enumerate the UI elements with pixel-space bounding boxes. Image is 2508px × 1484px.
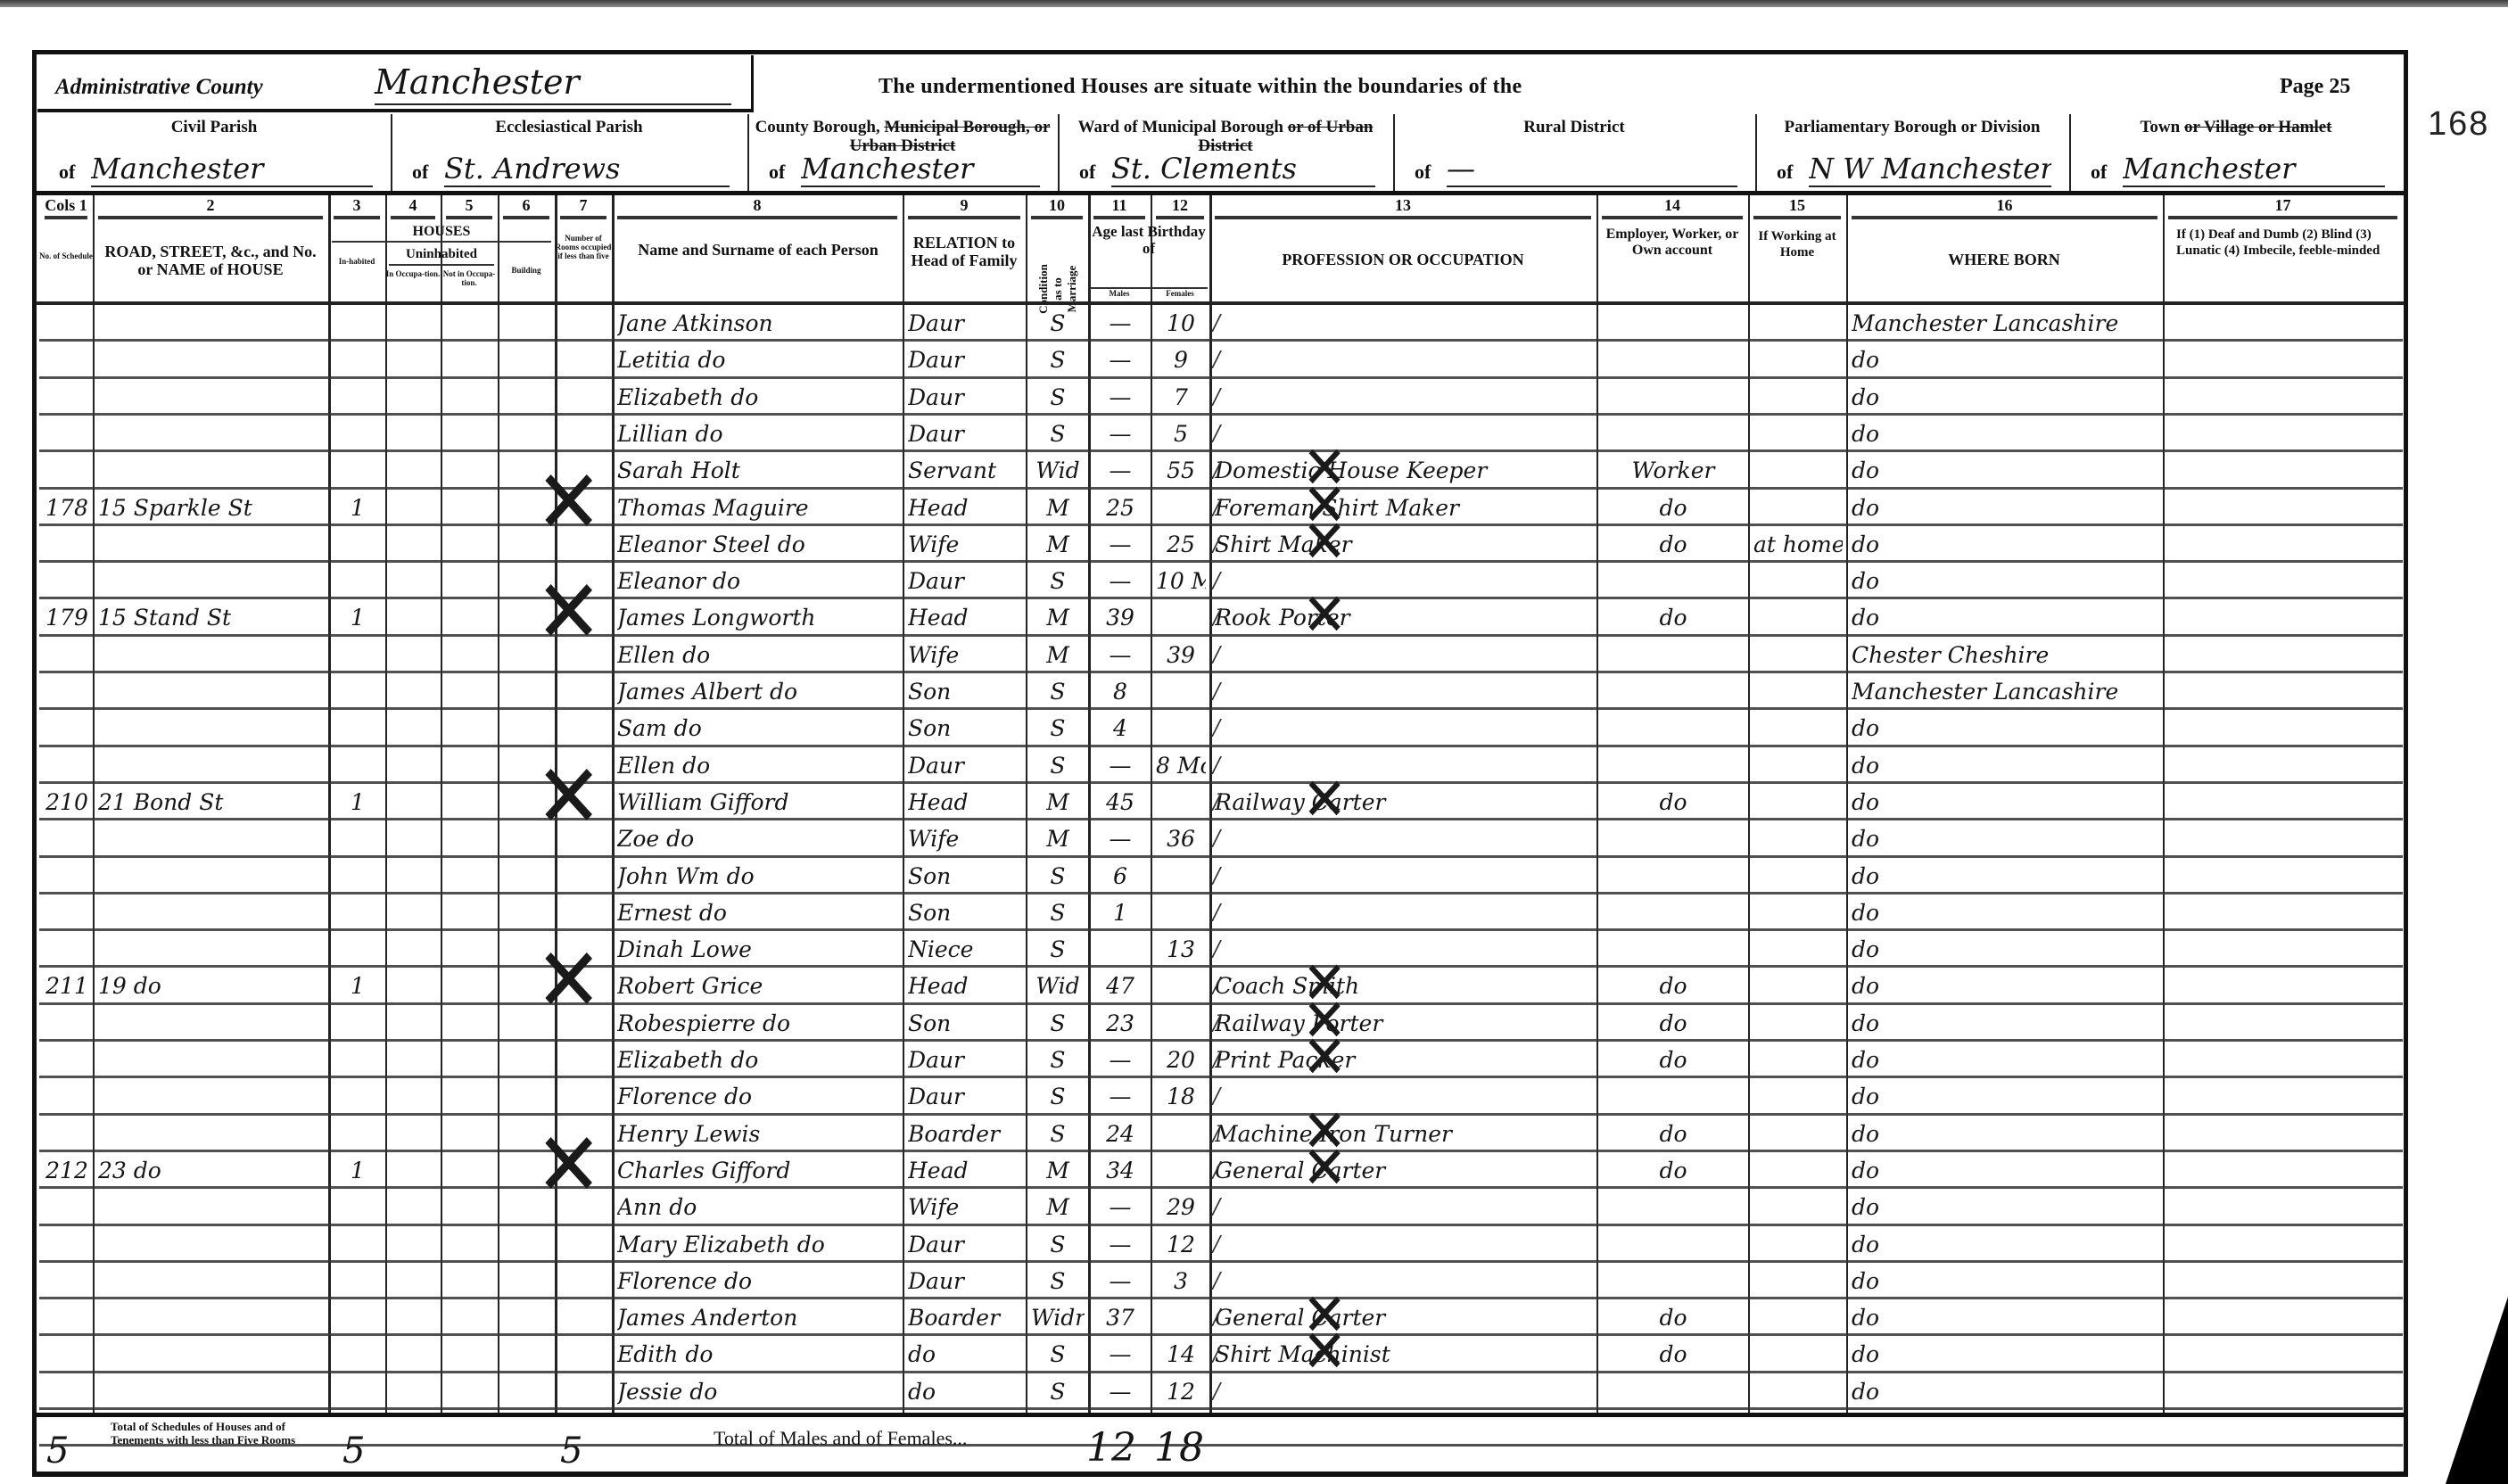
tally-tick: /: [1213, 1158, 1220, 1183]
working-at-home: at home: [1753, 532, 1843, 557]
relation-to-head: Head: [908, 1158, 1022, 1183]
person-name: Sarah Holt: [617, 458, 899, 483]
female-age: 9: [1156, 347, 1206, 373]
male-age: 4: [1093, 715, 1147, 741]
column-heading-rooms: Number of Rooms occupied if less than fi…: [555, 234, 612, 260]
marital-condition: M: [1031, 495, 1085, 521]
header-section: Ecclesiastical Parish ofSt. Andrews: [391, 111, 747, 193]
relation-to-head: Wife: [908, 532, 1022, 557]
address: 19 do: [98, 973, 325, 999]
tally-tick: /: [1213, 936, 1220, 961]
female-age: 13: [1156, 936, 1206, 962]
tally-tick: /: [1213, 1084, 1220, 1109]
section-divider: [391, 114, 392, 191]
totals-rooms: 5: [560, 1430, 582, 1472]
male-age: —: [1093, 384, 1147, 410]
cross-mark-icon: ✕: [1302, 1139, 1347, 1198]
tally-tick: /: [1213, 826, 1220, 851]
column-number-rule: [1852, 216, 2157, 219]
cross-mark-icon: ✕: [1302, 1323, 1347, 1381]
person-name: Ellen do: [617, 642, 899, 668]
header-divider: [36, 191, 2405, 195]
male-age: —: [1093, 753, 1147, 779]
person-name: Elizabeth do: [617, 384, 899, 410]
person-name: James Anderton: [617, 1305, 899, 1331]
column-heading-road-street: ROAD, STREET, &c., and No. or NAME of HO…: [98, 243, 323, 278]
occupation: Machine Iron Turner: [1215, 1121, 1593, 1147]
marital-condition: S: [1031, 1047, 1085, 1073]
section-divider: [1393, 114, 1395, 191]
marital-condition: M: [1031, 642, 1085, 668]
column-heading-schedule-no: No. of Schedule: [39, 251, 93, 260]
tally-tick: /: [1213, 753, 1220, 778]
employment-status: do: [1602, 1047, 1745, 1073]
column-number: 17: [2163, 196, 2403, 215]
person-name: Robert Grice: [617, 973, 899, 999]
person-name: James Albert do: [617, 679, 899, 705]
section-of-label: of: [412, 161, 428, 184]
marital-condition: S: [1031, 936, 1085, 962]
column-heading-working-home: If Working at Home: [1752, 228, 1843, 260]
column-number-rule: [1031, 216, 1083, 219]
where-born: do: [1852, 826, 2159, 852]
employment-status: do: [1602, 1158, 1745, 1183]
column-heading-inhabited: In-habited: [328, 257, 385, 266]
column-number: 3: [328, 196, 385, 215]
person-name: Robespierre do: [617, 1010, 899, 1036]
address: 15 Stand St: [98, 605, 325, 631]
tally-tick: /: [1213, 1047, 1220, 1072]
relation-to-head: Daur: [908, 384, 1022, 410]
relation-to-head: Head: [908, 605, 1022, 631]
cross-mark-icon: ✕: [1302, 771, 1347, 829]
male-age: 37: [1093, 1305, 1147, 1331]
occupation: Railway Porter: [1215, 1010, 1593, 1036]
person-name: Eleanor Steel do: [617, 532, 899, 557]
totals-males-females-label: Total of Males and of Females...: [714, 1427, 967, 1450]
where-born: do: [1852, 1305, 2159, 1331]
male-age: —: [1093, 458, 1147, 483]
tally-tick: /: [1213, 863, 1220, 888]
relation-to-head: Daur: [908, 347, 1022, 373]
section-caption-text: Town: [2141, 118, 2181, 136]
where-born: do: [1852, 421, 2159, 447]
occupation: Rook Porter: [1215, 605, 1593, 631]
occupation: Print Packer: [1215, 1047, 1593, 1073]
relation-to-head: Daur: [908, 1268, 1022, 1294]
male-age: 25: [1093, 495, 1147, 521]
female-age: 20: [1156, 1047, 1206, 1073]
column-number: 2: [93, 196, 328, 215]
header-section: Civil Parish ofManchester: [37, 111, 391, 193]
relation-to-head: Son: [908, 679, 1022, 705]
totals-schedules: 5: [46, 1430, 69, 1472]
male-age: —: [1093, 532, 1147, 557]
where-born: Manchester Lancashire: [1852, 679, 2159, 705]
column-heading-females: Females: [1151, 289, 1209, 298]
marital-condition: S: [1031, 1010, 1085, 1036]
where-born: do: [1852, 347, 2159, 373]
marital-condition: S: [1031, 347, 1085, 373]
female-age: 7: [1156, 384, 1206, 410]
male-age: 6: [1093, 863, 1147, 889]
person-name: Zoe do: [617, 826, 899, 852]
tally-tick: /: [1213, 1232, 1220, 1257]
cross-mark-icon: ✕: [1302, 586, 1347, 645]
where-born: do: [1852, 1010, 2159, 1036]
marital-condition: Wid: [1031, 973, 1085, 999]
occupation: General Carter: [1215, 1305, 1593, 1331]
where-born: do: [1852, 568, 2159, 594]
tally-tick: /: [1213, 495, 1220, 520]
section-of-label: of: [2091, 161, 2107, 184]
where-born: do: [1852, 1084, 2159, 1109]
section-divider: [1755, 114, 1757, 191]
marital-condition: M: [1031, 789, 1085, 815]
section-value: N W Manchester: [1809, 152, 2051, 187]
column-number: 16: [1846, 196, 2163, 215]
where-born: Chester Cheshire: [1852, 642, 2159, 668]
male-age: 1: [1093, 900, 1147, 926]
section-divider: [747, 114, 749, 191]
where-born: do: [1852, 1232, 2159, 1257]
where-born: do: [1852, 605, 2159, 631]
marital-condition: M: [1031, 605, 1085, 631]
male-age: —: [1093, 642, 1147, 668]
person-name: Ernest do: [617, 900, 899, 926]
cross-mark-icon: ✕: [535, 569, 602, 657]
person-name: Edith do: [617, 1341, 899, 1367]
tally-tick: /: [1213, 421, 1220, 446]
sheet-number: 168: [2428, 105, 2489, 144]
column-number-rule: [45, 216, 87, 219]
marital-condition: S: [1031, 310, 1085, 336]
marital-condition: S: [1031, 1084, 1085, 1109]
relation-to-head: Son: [908, 1010, 1022, 1036]
male-age: —: [1093, 826, 1147, 852]
tally-tick: /: [1213, 1305, 1220, 1330]
schedule-number: 212: [45, 1158, 89, 1183]
section-caption-text: Ward of Municipal Borough: [1078, 118, 1283, 136]
person-name: Dinah Lowe: [617, 936, 899, 962]
person-name: Charles Gifford: [617, 1158, 899, 1183]
where-born: do: [1852, 458, 2159, 483]
column-number-rule: [391, 216, 435, 219]
where-born: do: [1852, 1194, 2159, 1220]
marital-condition: S: [1031, 715, 1085, 741]
column-heading-uninhabited-group: Uninhabited: [385, 246, 498, 263]
tally-tick: /: [1213, 1341, 1220, 1366]
totals-divider: [36, 1413, 2405, 1417]
column-number: 8: [612, 196, 903, 215]
column-number-rule: [1215, 216, 1591, 219]
inhabited-count: 1: [334, 1158, 382, 1183]
column-heading-not-in-occupation: Not in Occupa-tion.: [441, 269, 498, 287]
where-born: do: [1852, 495, 2159, 521]
male-age: 34: [1093, 1158, 1147, 1183]
tally-tick: /: [1213, 1268, 1220, 1293]
scan-edge: [0, 0, 2508, 7]
inhabited-count: 1: [334, 789, 382, 815]
male-age: —: [1093, 1084, 1147, 1109]
relation-to-head: Son: [908, 900, 1022, 926]
relation-to-head: Daur: [908, 568, 1022, 594]
marital-condition: S: [1031, 753, 1085, 779]
relation-to-head: Head: [908, 973, 1022, 999]
marital-condition: S: [1031, 1379, 1085, 1405]
tally-tick: /: [1213, 532, 1220, 556]
section-value: Manchester: [801, 152, 1040, 187]
column-number: 5: [441, 196, 498, 215]
person-name: Florence do: [617, 1084, 899, 1109]
relation-to-head: Wife: [908, 826, 1022, 852]
schedule-number: 211: [45, 973, 89, 999]
female-age: 12: [1156, 1379, 1206, 1405]
male-age: 47: [1093, 973, 1147, 999]
employment-status: do: [1602, 495, 1745, 521]
tally-tick: /: [1213, 384, 1220, 409]
column-number: 11: [1088, 196, 1151, 215]
person-name: Henry Lewis: [617, 1121, 899, 1147]
relation-to-head: Daur: [908, 753, 1022, 779]
tally-tick: /: [1213, 310, 1220, 335]
relation-to-head: Boarder: [908, 1121, 1022, 1147]
relation-to-head: Daur: [908, 310, 1022, 336]
male-age: —: [1093, 347, 1147, 373]
person-name: Elizabeth do: [617, 1047, 899, 1073]
person-name: Thomas Maguire: [617, 495, 899, 521]
female-age: 12: [1156, 1232, 1206, 1257]
female-age: 39: [1156, 642, 1206, 668]
section-value: St. Clements: [1111, 152, 1375, 187]
person-name: Sam do: [617, 715, 899, 741]
female-age: 14: [1156, 1341, 1206, 1367]
tally-tick: /: [1213, 605, 1220, 630]
where-born: do: [1852, 1341, 2159, 1367]
where-born: do: [1852, 863, 2159, 889]
female-age: 10 Mo: [1156, 568, 1206, 594]
section-divider: [2069, 114, 2071, 191]
address: 21 Bond St: [98, 789, 325, 815]
column-number: 4: [385, 196, 441, 215]
relation-to-head: Servant: [908, 458, 1022, 483]
column-number: Cols 1: [39, 196, 93, 215]
person-name: Ellen do: [617, 753, 899, 779]
employment-status: do: [1602, 532, 1745, 557]
male-age: —: [1093, 568, 1147, 594]
marital-condition: S: [1031, 900, 1085, 926]
occupation: Coach Smith: [1215, 973, 1593, 999]
occupation: Foreman Shirt Maker: [1215, 495, 1593, 521]
relation-to-head: Son: [908, 715, 1022, 741]
section-caption-text: County Borough,: [755, 118, 880, 136]
marital-condition: S: [1031, 384, 1085, 410]
male-age: 8: [1093, 679, 1147, 705]
inhabited-count: 1: [334, 605, 382, 631]
occupation: Railway Carter: [1215, 789, 1593, 815]
cross-mark-icon: ✕: [535, 458, 602, 547]
male-age: —: [1093, 421, 1147, 447]
section-caption: Ward of Municipal Borough or of Urban Di…: [1058, 118, 1393, 155]
column-number-rule: [1156, 216, 1204, 219]
section-value: —: [1447, 152, 1737, 187]
column-heading-occupation: PROFESSION OR OCCUPATION: [1213, 251, 1593, 268]
male-age: —: [1093, 1268, 1147, 1294]
tally-tick: /: [1213, 1121, 1220, 1146]
marital-condition: M: [1031, 1194, 1085, 1220]
marital-condition: M: [1031, 826, 1085, 852]
column-number-rule: [908, 216, 1020, 219]
male-age: —: [1093, 1047, 1147, 1073]
relation-to-head: do: [908, 1379, 1022, 1405]
where-born: do: [1852, 532, 2159, 557]
column-heading-employment: Employer, Worker, or Own account: [1600, 227, 1745, 259]
column-heading-age-group: Age last Birthday of: [1088, 223, 1209, 257]
header-section: Town or Village or HamletofManchester: [2069, 111, 2403, 193]
relation-to-head: Daur: [908, 1232, 1022, 1257]
relation-to-head: Daur: [908, 421, 1022, 447]
section-of-label: of: [59, 161, 75, 184]
column-number-rule: [2168, 216, 2397, 219]
column-number-rule: [334, 216, 380, 219]
column-number: 7: [555, 196, 612, 215]
column-heading-name: Name and Surname of each Person: [624, 241, 892, 259]
schedule-number: 178: [45, 495, 89, 521]
column-number-rule: [1753, 216, 1841, 219]
uninhabited-rule: [389, 264, 494, 266]
cross-mark-icon: ✕: [535, 937, 602, 1026]
section-caption-struck: Municipal Borough, or Urban District: [850, 118, 1051, 155]
section-caption: Ecclesiastical Parish: [391, 118, 747, 136]
tally-tick: /: [1213, 1194, 1220, 1219]
cross-mark-icon: ✕: [535, 1121, 602, 1209]
intro-text: The undermentioned Houses are situate wi…: [879, 75, 1522, 99]
tally-tick: /: [1213, 973, 1220, 998]
person-name: Mary Elizabeth do: [617, 1232, 899, 1257]
column-number: 10: [1026, 196, 1088, 215]
occupation: General Carter: [1215, 1158, 1593, 1183]
column-number-rule: [503, 216, 549, 219]
where-born: do: [1852, 973, 2159, 999]
employment-status: do: [1602, 789, 1745, 815]
male-age: —: [1093, 310, 1147, 336]
section-of-label: of: [769, 161, 785, 184]
male-age: —: [1093, 1232, 1147, 1257]
totals-label: Total of Schedules of Houses and of Tene…: [111, 1420, 298, 1447]
marital-condition: Widr: [1031, 1305, 1085, 1331]
scan-corner: [2446, 1297, 2508, 1484]
tally-tick: /: [1213, 679, 1220, 704]
column-heading-where-born: WHERE BORN: [1850, 251, 2158, 268]
section-of-label: of: [1415, 161, 1431, 184]
relation-to-head: Head: [908, 789, 1022, 815]
male-age: 45: [1093, 789, 1147, 815]
marital-condition: Wid: [1031, 458, 1085, 483]
person-name: Jessie do: [617, 1379, 899, 1405]
cross-mark-icon: ✕: [535, 753, 602, 841]
relation-to-head: Son: [908, 863, 1022, 889]
employment-status: do: [1602, 1341, 1745, 1367]
female-age: 10: [1156, 310, 1206, 336]
marital-condition: S: [1031, 1121, 1085, 1147]
column-number: 9: [903, 196, 1026, 215]
tally-tick: /: [1213, 347, 1220, 372]
header-section: Ward of Municipal Borough or of Urban Di…: [1058, 111, 1393, 193]
relation-to-head: Head: [908, 495, 1022, 521]
where-born: Manchester Lancashire: [1852, 310, 2159, 336]
column-number: 13: [1209, 196, 1596, 215]
administrative-county-label: Administrative County: [55, 75, 263, 100]
column-number: 6: [498, 196, 555, 215]
male-age: —: [1093, 1194, 1147, 1220]
marital-condition: S: [1031, 863, 1085, 889]
column-heading-males: Males: [1088, 289, 1151, 298]
female-age: 18: [1156, 1084, 1206, 1109]
section-value: St. Andrews: [444, 152, 730, 187]
section-caption: Rural District: [1393, 118, 1755, 136]
address: 23 do: [98, 1158, 325, 1183]
person-name: James Longworth: [617, 605, 899, 631]
employment-status: do: [1602, 605, 1745, 631]
marital-condition: S: [1031, 1268, 1085, 1294]
section-caption: County Borough, Municipal Borough, or Ur…: [747, 118, 1058, 155]
employment-status: do: [1602, 973, 1745, 999]
marital-condition: S: [1031, 1341, 1085, 1367]
column-number-rule: [98, 216, 323, 219]
column-number: 14: [1596, 196, 1748, 215]
header-section: Parliamentary Borough or Division ofN W …: [1755, 111, 2069, 193]
employment-status: do: [1602, 1305, 1745, 1331]
male-age: 23: [1093, 1010, 1147, 1036]
occupation: Domestic House Keeper: [1215, 458, 1593, 483]
column-number: 15: [1748, 196, 1846, 215]
tally-tick: /: [1213, 458, 1220, 482]
person-name: John Wm do: [617, 863, 899, 889]
marital-condition: S: [1031, 1232, 1085, 1257]
person-name: William Gifford: [617, 789, 899, 815]
column-number-rule: [617, 216, 897, 219]
person-name: Eleanor do: [617, 568, 899, 594]
where-born: do: [1852, 1158, 2159, 1183]
section-caption-text: Rural District: [1523, 118, 1624, 136]
relation-to-head: do: [908, 1341, 1022, 1367]
where-born: do: [1852, 1268, 2159, 1294]
relation-to-head: Wife: [908, 642, 1022, 668]
totals-females: 18: [1154, 1425, 1204, 1471]
column-number-rule: [446, 216, 492, 219]
female-age: 25: [1156, 532, 1206, 557]
totals-males: 12: [1086, 1425, 1136, 1471]
column-heading-infirmity: If (1) Deaf and Dumb (2) Blind (3) Lunat…: [2176, 227, 2399, 259]
marital-condition: S: [1031, 679, 1085, 705]
tally-tick: /: [1213, 789, 1220, 814]
column-number-rule: [1093, 216, 1145, 219]
column-number-rule: [560, 216, 606, 219]
section-caption-text: Parliamentary Borough or Division: [1785, 118, 2041, 136]
column-number-rule: [1602, 216, 1743, 219]
male-age: —: [1093, 1341, 1147, 1367]
where-born: do: [1852, 936, 2159, 962]
section-caption: Civil Parish: [37, 118, 391, 136]
tally-tick: /: [1213, 1010, 1220, 1035]
cross-mark-icon: ✕: [1302, 513, 1347, 572]
cross-mark-icon: ✕: [1302, 1028, 1347, 1087]
column-heading-building: Building: [498, 266, 555, 275]
tally-tick: /: [1213, 642, 1220, 667]
marital-condition: S: [1031, 421, 1085, 447]
column-heading-in-occupation: In Occupa-tion.: [385, 269, 441, 278]
address: 15 Sparkle St: [98, 495, 325, 521]
